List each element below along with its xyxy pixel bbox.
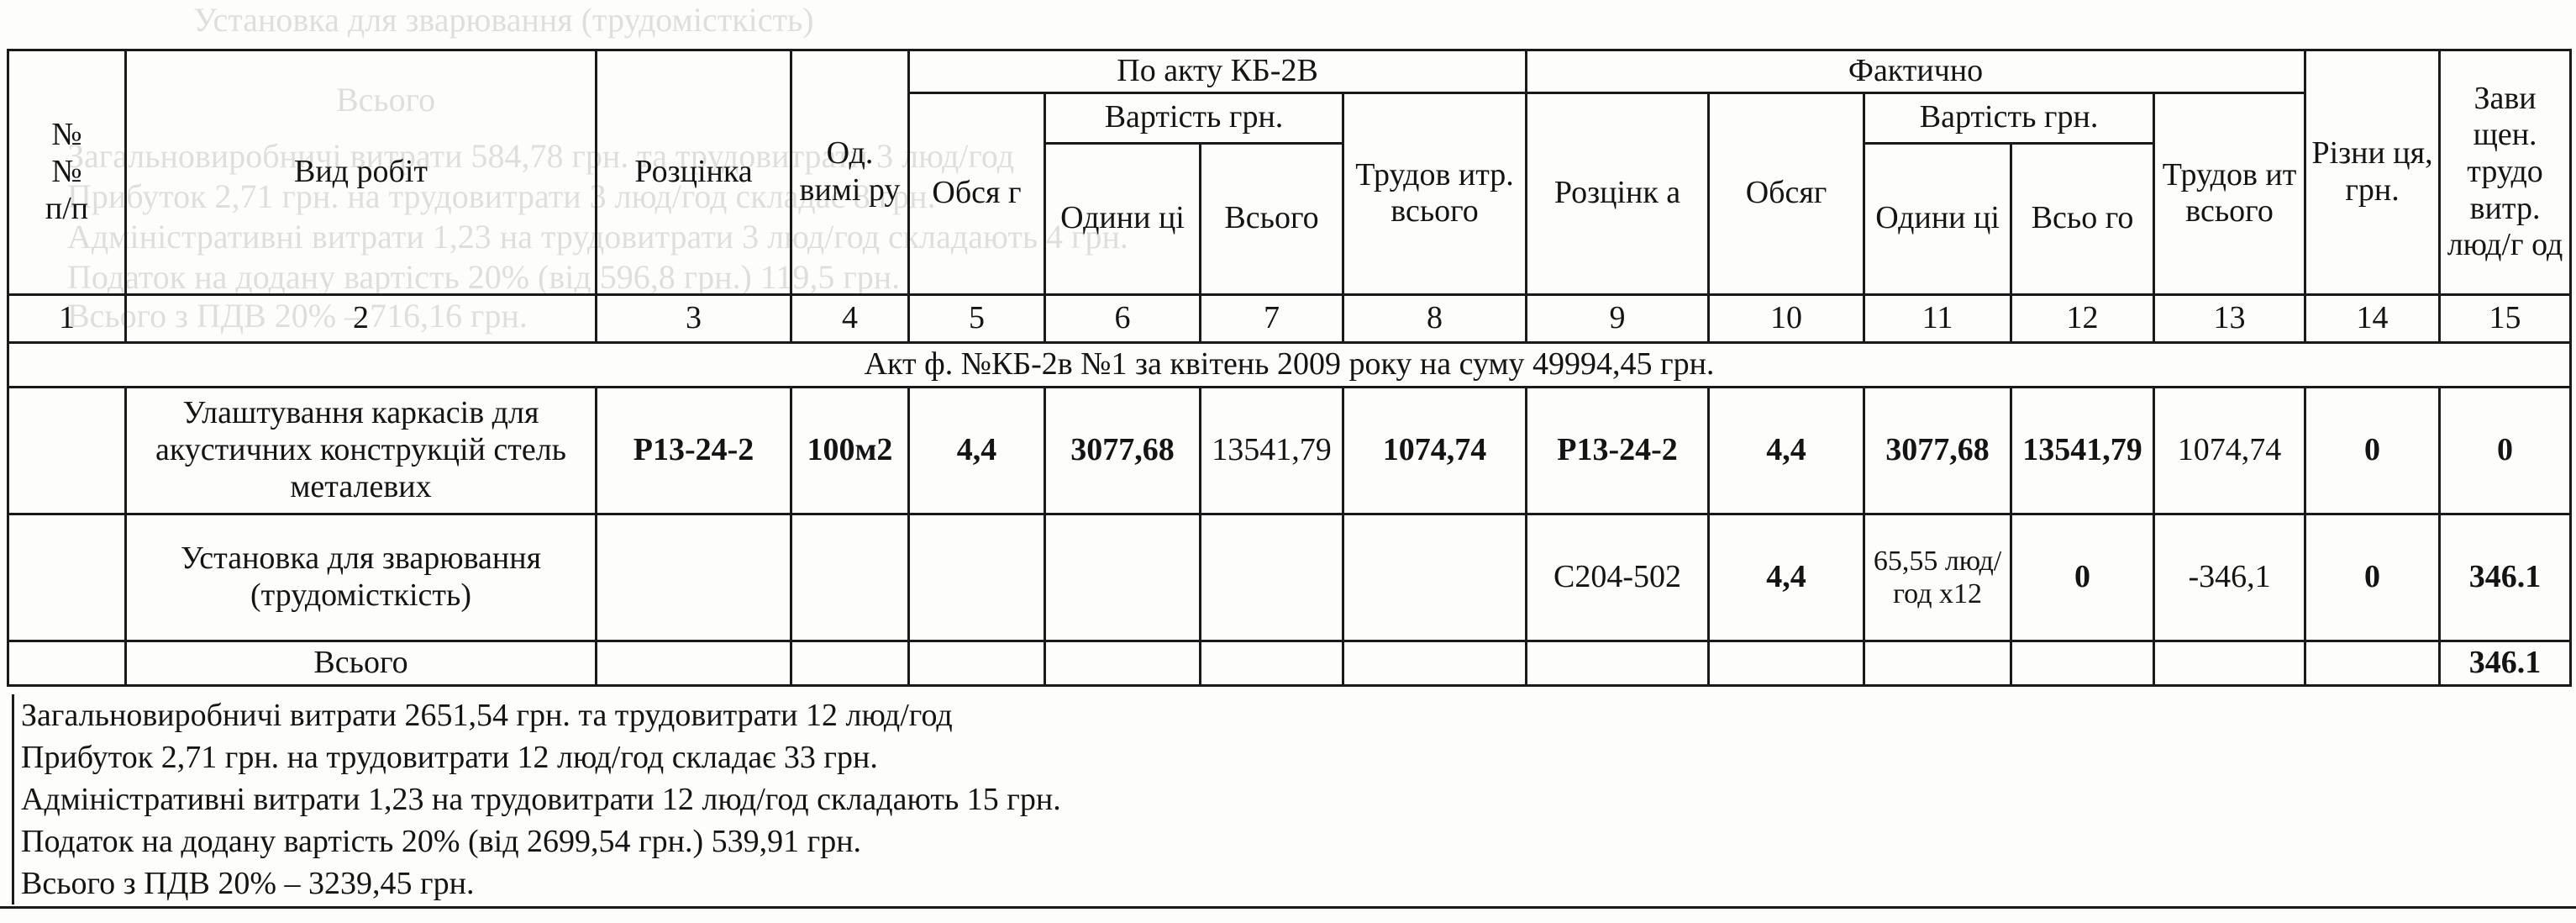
index-cell: 5: [909, 294, 1045, 342]
cell-actual-labor: 1074,74: [2154, 387, 2305, 514]
bleed-through-text: Установка для зварювання (трудомісткість…: [193, 0, 814, 40]
cell-act-total: [1201, 514, 1343, 641]
header-group-act: По акту КБ-2В: [909, 50, 1527, 93]
table-row: Улаштування каркасів для акустичних конс…: [8, 387, 2571, 514]
header-act-labor: Трудов итр. всього: [1343, 92, 1527, 294]
cell-diff: 0: [2305, 387, 2440, 514]
index-cell: 11: [1864, 294, 2011, 342]
index-cell: 10: [1709, 294, 1864, 342]
cell-empty: [2305, 641, 2440, 685]
cell-empty: [1201, 641, 1343, 685]
cell-empty: [909, 641, 1045, 685]
index-cell: 15: [2440, 294, 2571, 342]
index-cell: 13: [2154, 294, 2305, 342]
header-actual-total: Всьо го: [2011, 143, 2154, 294]
header-actual-cost: Вартість грн.: [1864, 92, 2154, 143]
header-act-total: Всього: [1201, 143, 1343, 294]
cell-unit: [791, 514, 909, 641]
cell-actual-unit-price: 65,55 люд/год х12: [1864, 514, 2011, 641]
header-actual-labor: Трудов ит всього: [2154, 92, 2305, 294]
cell-act-labor: 1074,74: [1343, 387, 1527, 514]
cell-empty: [1343, 641, 1527, 685]
column-index-row: 1 2 3 4 5 6 7 8 9 10 11 12 13 14 15: [8, 294, 2571, 342]
cell-empty: [1045, 641, 1201, 685]
cell-actual-total: 13541,79: [2011, 387, 2154, 514]
summary-block: Загальновиробничі витрати 2651,54 грн. т…: [12, 694, 2575, 905]
cell-actual-rate: Р13-24-2: [1527, 387, 1709, 514]
header-group-actual: Фактично: [1527, 50, 2305, 93]
cell-overstated: 0: [2440, 387, 2571, 514]
header-work-type: Вид робіт: [126, 50, 597, 295]
cell-actual-total: 0: [2011, 514, 2154, 641]
cell-diff: 0: [2305, 514, 2440, 641]
summary-overhead: Загальновиробничі витрати 2651,54 грн. т…: [21, 694, 2575, 736]
cell-act-unit-price: [1045, 514, 1201, 641]
index-cell: 6: [1045, 294, 1201, 342]
cell-work: Установка для зварювання (трудомісткість…: [126, 514, 597, 641]
cell-actual-rate: С204-502: [1527, 514, 1709, 641]
header-act-unit-price: Одини ці: [1045, 143, 1201, 294]
cell-num: [8, 387, 126, 514]
cell-empty: [2154, 641, 2305, 685]
total-row: Всього 346.1: [8, 641, 2571, 685]
index-cell: 3: [597, 294, 791, 342]
cell-num: [8, 514, 126, 641]
index-cell: 1: [8, 294, 126, 342]
summary-vat: Податок на додану вартість 20% (від 2699…: [21, 820, 2575, 862]
cell-rate: Р13-24-2: [597, 387, 791, 514]
total-overstated: 346.1: [2440, 641, 2571, 685]
cell-actual-labor: -346,1: [2154, 514, 2305, 641]
cell-empty: [1864, 641, 2011, 685]
cell-empty: [597, 641, 791, 685]
cell-rate: [597, 514, 791, 641]
cell-empty: [2011, 641, 2154, 685]
bottom-divider: [0, 906, 2576, 909]
summary-admin: Адміністративні витрати 1,23 на трудовит…: [21, 778, 2575, 820]
header-overstated-labor: Зави щен. трудо витр. люд/г од: [2440, 50, 2571, 295]
cell-act-volume: 4,4: [909, 387, 1045, 514]
act-title: Акт ф. №КБ-2в №1 за квітень 2009 року на…: [8, 342, 2571, 387]
header-rate: Розцінка: [597, 50, 791, 295]
cell-act-labor: [1343, 514, 1527, 641]
header-act-volume: Обся г: [909, 92, 1045, 294]
index-cell: 4: [791, 294, 909, 342]
act-comparison-table: № № п/п Вид робіт Розцінка Од. вимі ру П…: [7, 49, 2572, 687]
header-actual-volume: Обсяг: [1709, 92, 1864, 294]
cell-work: Улаштування каркасів для акустичних конс…: [126, 387, 597, 514]
cell-empty: [1527, 641, 1709, 685]
header-difference: Різни ця, грн.: [2305, 50, 2440, 295]
cell-actual-unit-price: 3077,68: [1864, 387, 2011, 514]
index-cell: 14: [2305, 294, 2440, 342]
cell-empty: [791, 641, 909, 685]
cell-unit: 100м2: [791, 387, 909, 514]
table-row: Установка для зварювання (трудомісткість…: [8, 514, 2571, 641]
index-cell: 7: [1201, 294, 1343, 342]
index-cell: 12: [2011, 294, 2154, 342]
index-cell: 8: [1343, 294, 1527, 342]
cell-num: [8, 641, 126, 685]
header-row-number: № № п/п: [8, 50, 126, 295]
index-cell: 2: [126, 294, 597, 342]
cell-overstated: 346.1: [2440, 514, 2571, 641]
cell-act-unit-price: 3077,68: [1045, 387, 1201, 514]
cell-actual-volume: 4,4: [1709, 387, 1864, 514]
header-actual-rate: Розцінк а: [1527, 92, 1709, 294]
cell-act-total: 13541,79: [1201, 387, 1343, 514]
index-cell: 9: [1527, 294, 1709, 342]
header-actual-unit-price: Одини ці: [1864, 143, 2011, 294]
summary-profit: Прибуток 2,71 грн. на трудовитрати 12 лю…: [21, 736, 2575, 778]
cell-actual-volume: 4,4: [1709, 514, 1864, 641]
summary-total-with-vat: Всього з ПДВ 20% – 3239,45 грн.: [21, 862, 2575, 905]
cell-act-volume: [909, 514, 1045, 641]
header-unit: Од. вимі ру: [791, 50, 909, 295]
cell-empty: [1709, 641, 1864, 685]
total-label: Всього: [126, 641, 597, 685]
header-act-cost: Вартість грн.: [1045, 92, 1343, 143]
